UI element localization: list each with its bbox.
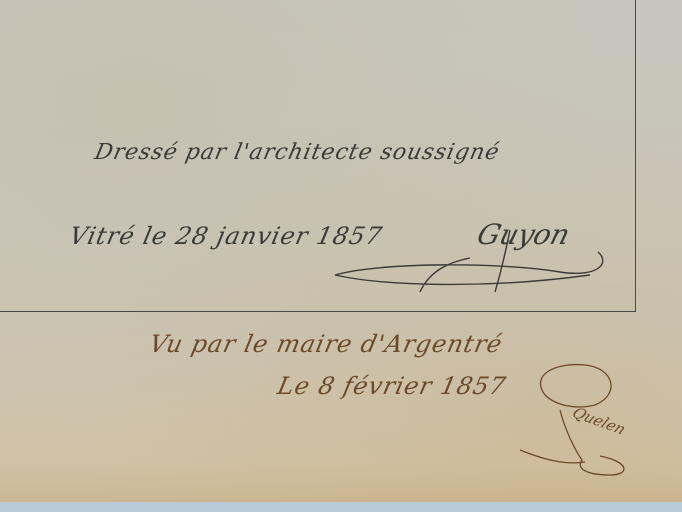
mayor-note-line: Vu par le maire d'Argentré [147, 330, 505, 358]
signature-flourish-icon [0, 0, 682, 512]
mayor-date: Le 8 février 1857 [275, 372, 509, 400]
